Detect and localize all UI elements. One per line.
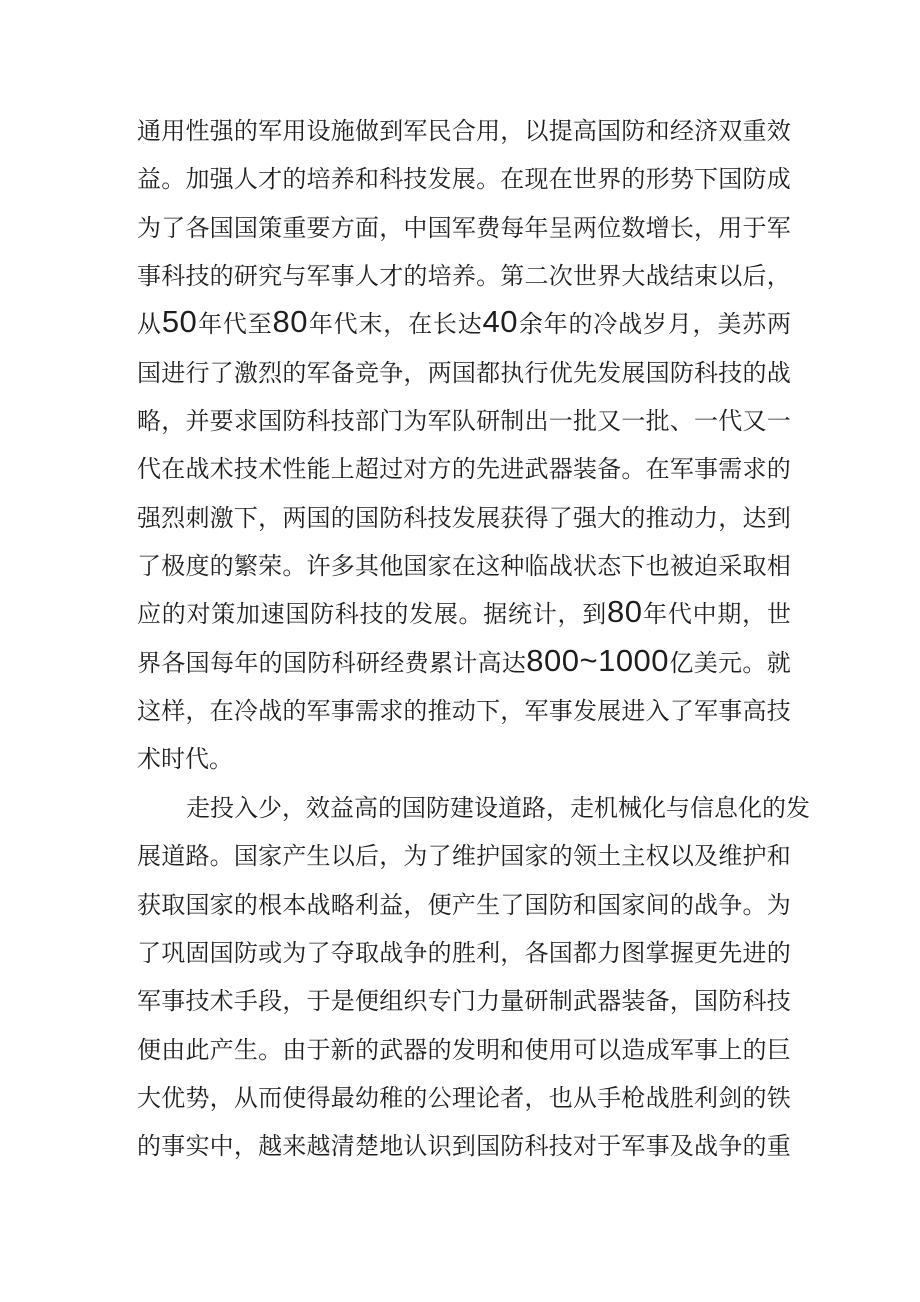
cjk-glyph: 数 xyxy=(621,208,645,243)
cjk-glyph: 于 xyxy=(742,208,766,243)
cjk-glyph: 。 xyxy=(621,449,645,484)
numeral-run: 80 xyxy=(273,306,308,337)
cjk-glyph: 上 xyxy=(331,449,355,484)
document-body: 通用性强的军用设施做到军民合用，以提高国防和经济双重效 益。加强人才的培养和科技… xyxy=(137,111,791,1175)
cjk-glyph: 激 xyxy=(210,498,234,533)
cjk-glyph: 科 xyxy=(742,981,766,1016)
cjk-glyph: 也 xyxy=(646,546,670,581)
cjk-glyph: 利 xyxy=(694,1078,718,1113)
cjk-glyph: 代 xyxy=(223,304,247,339)
cjk-glyph: 领 xyxy=(573,836,597,871)
cjk-glyph: 量 xyxy=(500,981,524,1016)
cjk-glyph: 防 xyxy=(500,1126,524,1161)
cjk-glyph: 技 xyxy=(549,1126,573,1161)
cjk-glyph: 略 xyxy=(331,885,355,920)
cjk-glyph: 呈 xyxy=(549,208,573,243)
text-line: 界各国每年的国防科研经费累计高达800~1000亿美元。就 xyxy=(137,643,791,691)
cjk-glyph: 军 xyxy=(403,111,427,146)
cjk-glyph: ， xyxy=(379,208,403,243)
cjk-glyph: 使 xyxy=(525,1030,549,1065)
cjk-glyph: 到 xyxy=(767,498,791,533)
cjk-glyph: 极 xyxy=(161,546,185,581)
cjk-glyph: 超 xyxy=(355,449,379,484)
cjk-glyph: ， xyxy=(718,498,742,533)
cjk-glyph: 战 xyxy=(307,885,331,920)
cjk-glyph: 各 xyxy=(185,208,209,243)
cjk-glyph: 的 xyxy=(137,1126,161,1161)
cjk-glyph: 的 xyxy=(282,691,306,726)
cjk-glyph: 亿 xyxy=(669,643,693,678)
cjk-glyph: 。 xyxy=(459,594,483,629)
cjk-glyph: 在 xyxy=(500,159,524,194)
cjk-glyph: 速 xyxy=(261,594,285,629)
cjk-glyph: 走 xyxy=(186,788,210,823)
cjk-glyph: 的 xyxy=(767,933,791,968)
cjk-glyph: 才 xyxy=(258,159,282,194)
cjk-glyph: 强 xyxy=(210,111,234,146)
cjk-glyph: 被 xyxy=(670,546,694,581)
cjk-glyph: 在 xyxy=(646,449,670,484)
cjk-glyph: 国 xyxy=(452,353,476,388)
cjk-glyph: 先 xyxy=(718,933,742,968)
cjk-glyph: 束 xyxy=(694,256,718,291)
cjk-glyph: 的 xyxy=(742,353,766,388)
cjk-glyph: 力 xyxy=(476,981,500,1016)
cjk-glyph: 为 xyxy=(767,885,791,920)
cjk-glyph: 的 xyxy=(331,498,355,533)
cjk-glyph: 每 xyxy=(500,208,524,243)
text-line: 强烈刺激下，两国的国防科技发展获得了强大的推动力，达到 xyxy=(137,498,791,546)
cjk-glyph: 取 xyxy=(355,933,379,968)
cjk-glyph: 的 xyxy=(670,885,694,920)
cjk-glyph: 武 xyxy=(573,981,597,1016)
cjk-glyph: 长 xyxy=(433,304,457,339)
cjk-glyph: 而 xyxy=(258,1078,282,1113)
cjk-glyph: 推 xyxy=(646,498,670,533)
cjk-glyph: 获 xyxy=(137,885,161,920)
cjk-glyph: 国 xyxy=(402,788,426,823)
cjk-glyph: 势 xyxy=(670,159,694,194)
cjk-glyph: 人 xyxy=(234,159,258,194)
cjk-glyph: 界 xyxy=(137,643,161,678)
cjk-glyph: 器 xyxy=(549,449,573,484)
cjk-glyph: 防 xyxy=(670,353,694,388)
cjk-glyph: 现 xyxy=(525,159,549,194)
cjk-glyph: 备 xyxy=(646,981,670,1016)
cjk-glyph: 年 xyxy=(643,594,667,629)
cjk-glyph: 战 xyxy=(767,353,791,388)
cjk-glyph: 迫 xyxy=(694,546,718,581)
cjk-glyph: 段 xyxy=(258,981,282,1016)
cjk-glyph: 的 xyxy=(762,788,786,823)
cjk-glyph: 国 xyxy=(428,208,452,243)
cjk-glyph: 与 xyxy=(666,788,690,823)
cjk-glyph: 度 xyxy=(185,546,209,581)
cjk-glyph: 越 xyxy=(258,1126,282,1161)
cjk-glyph: 和 xyxy=(500,1030,524,1065)
cjk-glyph: 统 xyxy=(508,594,532,629)
cjk-glyph: 强 xyxy=(137,498,161,533)
cjk-glyph: ， xyxy=(383,304,407,339)
cjk-glyph: 生 xyxy=(234,1030,258,1065)
cjk-glyph: 装 xyxy=(573,449,597,484)
cjk-glyph: 采 xyxy=(718,546,742,581)
cjk-glyph: 效 xyxy=(306,788,330,823)
cjk-glyph: 种 xyxy=(500,546,524,581)
cjk-glyph: 了 xyxy=(137,933,161,968)
cjk-glyph: 加 xyxy=(236,594,260,629)
cjk-glyph: 事 xyxy=(331,256,355,291)
cjk-glyph: 建 xyxy=(450,788,474,823)
numeral-run: 40 xyxy=(483,306,518,337)
cjk-glyph: 动 xyxy=(670,498,694,533)
cjk-glyph: 求 xyxy=(742,449,766,484)
cjk-glyph: 益 xyxy=(137,159,161,194)
cjk-glyph: 成 xyxy=(767,159,791,194)
cjk-glyph: 重 xyxy=(282,208,306,243)
cjk-glyph: 期 xyxy=(717,594,741,629)
cjk-glyph: 争 xyxy=(403,933,427,968)
cjk-glyph: 权 xyxy=(646,836,670,871)
cjk-glyph: 达 xyxy=(742,498,766,533)
cjk-glyph: 国 xyxy=(210,933,234,968)
cjk-glyph: 国 xyxy=(285,594,309,629)
cjk-glyph: 稚 xyxy=(379,1078,403,1113)
cjk-glyph: 荣 xyxy=(258,546,282,581)
cjk-glyph: 的 xyxy=(742,1078,766,1113)
cjk-glyph: 行 xyxy=(525,353,549,388)
cjk-glyph: 人 xyxy=(355,256,379,291)
cjk-glyph: 及 xyxy=(670,1126,694,1161)
cjk-glyph: 防 xyxy=(379,498,403,533)
cjk-glyph: 术 xyxy=(258,449,282,484)
cjk-glyph: 于 xyxy=(307,1030,331,1065)
cjk-glyph: 又 xyxy=(597,401,621,436)
cjk-glyph: 此 xyxy=(185,1030,209,1065)
cjk-glyph: 事 xyxy=(694,449,718,484)
cjk-glyph: 家 xyxy=(258,836,282,871)
cjk-glyph: ， xyxy=(403,353,427,388)
cjk-glyph: 防 xyxy=(718,981,742,1016)
cjk-glyph: ， xyxy=(258,498,282,533)
cjk-glyph: 代 xyxy=(334,304,358,339)
cjk-glyph: 国 xyxy=(597,111,621,146)
cjk-glyph: 的 xyxy=(403,691,427,726)
cjk-glyph: 队 xyxy=(452,401,476,436)
cjk-glyph: 策 xyxy=(211,594,235,629)
cjk-glyph: 信 xyxy=(690,788,714,823)
cjk-glyph: 发 xyxy=(452,1030,476,1065)
cjk-glyph: 至 xyxy=(248,304,272,339)
cjk-glyph: 提 xyxy=(549,111,573,146)
cjk-glyph: 到 xyxy=(452,1126,476,1161)
cjk-glyph: 科 xyxy=(403,498,427,533)
cjk-glyph: 岁 xyxy=(643,304,667,339)
cjk-glyph: ， xyxy=(234,1126,258,1161)
cjk-glyph: 年 xyxy=(198,304,222,339)
cjk-glyph: 。 xyxy=(282,546,306,581)
cjk-glyph: 战 xyxy=(379,933,403,968)
cjk-glyph: 发 xyxy=(452,498,476,533)
cjk-glyph: 家 xyxy=(525,836,549,871)
cjk-glyph: 世 xyxy=(767,594,791,629)
cjk-glyph: 对 xyxy=(186,594,210,629)
cjk-glyph: ， xyxy=(767,256,791,291)
cjk-glyph: 执 xyxy=(500,353,524,388)
cjk-glyph: 二 xyxy=(525,256,549,291)
text-line: 展道路。国家产生以后，为了维护国家的领土主权以及维护和 xyxy=(137,836,791,884)
cjk-glyph: ， xyxy=(161,401,185,436)
cjk-glyph: 的 xyxy=(282,353,306,388)
cjk-glyph: 展 xyxy=(621,353,645,388)
cjk-glyph: 国 xyxy=(234,208,258,243)
cjk-glyph: 便 xyxy=(355,981,379,1016)
cjk-glyph: 的 xyxy=(621,159,645,194)
cjk-glyph: 需 xyxy=(718,449,742,484)
cjk-glyph: 的 xyxy=(234,111,258,146)
cjk-glyph: 形 xyxy=(646,159,670,194)
cjk-glyph: 巨 xyxy=(767,1030,791,1065)
cjk-glyph: ， xyxy=(282,981,306,1016)
cjk-glyph: 势 xyxy=(185,1078,209,1113)
cjk-glyph: 防 xyxy=(307,643,331,678)
cjk-glyph: 展 xyxy=(476,498,500,533)
cjk-glyph: 科 xyxy=(307,401,331,436)
cjk-glyph: 才 xyxy=(379,256,403,291)
cjk-glyph: 防 xyxy=(310,594,334,629)
cjk-glyph: 家 xyxy=(621,885,645,920)
cjk-glyph: 应 xyxy=(137,594,161,629)
document-page: 通用性强的军用设施做到军民合用，以提高国防和经济双重效 益。加强人才的培养和科技… xyxy=(0,0,920,1302)
cjk-glyph: 的 xyxy=(621,498,645,533)
cjk-glyph: 家 xyxy=(428,546,452,581)
cjk-glyph: 国 xyxy=(549,933,573,968)
cjk-glyph: 夺 xyxy=(331,933,355,968)
cjk-glyph: 的 xyxy=(234,885,258,920)
cjk-glyph: 便 xyxy=(137,1030,161,1065)
cjk-glyph: 器 xyxy=(597,981,621,1016)
cjk-glyph: 争 xyxy=(379,353,403,388)
cjk-glyph: 产 xyxy=(452,885,476,920)
cjk-glyph: 技 xyxy=(428,498,452,533)
cjk-glyph: ， xyxy=(282,788,306,823)
text-line: 的事实中，越来越清楚地认识到国防科技对于军事及战争的重 xyxy=(137,1126,791,1174)
cjk-glyph: 的 xyxy=(428,1030,452,1065)
cjk-glyph: 上 xyxy=(718,1030,742,1065)
text-line: 大优势，从而使得最幼稚的公理论者，也从手枪战胜利剑的铁 xyxy=(137,1078,791,1126)
cjk-glyph: 者 xyxy=(500,1078,524,1113)
cjk-glyph: 以 xyxy=(670,836,694,871)
cjk-glyph: 胜 xyxy=(670,1078,694,1113)
numeral-run: 80 xyxy=(607,596,642,627)
text-line: 略，并要求国防科技部门为军队研制出一批又一批、一代又一 xyxy=(137,401,791,449)
cjk-glyph: 在 xyxy=(161,449,185,484)
cjk-glyph: 末 xyxy=(358,304,382,339)
cjk-glyph: 与 xyxy=(282,256,306,291)
cjk-glyph: 达 xyxy=(458,304,482,339)
cjk-glyph: 展 xyxy=(597,691,621,726)
cjk-glyph: 的 xyxy=(767,449,791,484)
numeral-run: 50 xyxy=(162,306,197,337)
cjk-glyph: 及 xyxy=(694,836,718,871)
cjk-glyph: 需 xyxy=(355,691,379,726)
cjk-glyph: 的 xyxy=(452,449,476,484)
cjk-glyph: 结 xyxy=(670,256,694,291)
cjk-glyph: 状 xyxy=(573,546,597,581)
text-line: 代在战术技术性能上超过对方的先进武器装备。在军事需求的 xyxy=(137,449,791,497)
cjk-glyph: 进 xyxy=(500,449,524,484)
cjk-glyph: 一 xyxy=(549,401,573,436)
cjk-glyph: 技 xyxy=(360,594,384,629)
text-line: 应的对策加速国防科技的发展。据统计，到80年代中期，世 xyxy=(137,594,791,642)
cjk-glyph: 的 xyxy=(568,304,592,339)
cjk-glyph: 于 xyxy=(307,981,331,1016)
cjk-glyph: 掌 xyxy=(646,933,670,968)
cjk-glyph: 生 xyxy=(307,836,331,871)
cjk-glyph: 术 xyxy=(137,739,161,774)
cjk-glyph: 济 xyxy=(694,111,718,146)
cjk-glyph: ， xyxy=(546,788,570,823)
cjk-glyph: 争 xyxy=(718,885,742,920)
cjk-glyph: 。 xyxy=(476,159,500,194)
cjk-glyph: 争 xyxy=(718,1126,742,1161)
cjk-glyph: 据 xyxy=(483,594,507,629)
cjk-glyph: 的 xyxy=(403,256,427,291)
cjk-glyph: 益 xyxy=(379,885,403,920)
cjk-glyph: 维 xyxy=(718,836,742,871)
cjk-glyph: 费 xyxy=(405,643,429,678)
cjk-glyph: 批 xyxy=(646,401,670,436)
cjk-glyph: 位 xyxy=(597,208,621,243)
cjk-glyph: 。 xyxy=(476,256,500,291)
cjk-glyph: 了 xyxy=(549,498,573,533)
cjk-glyph: 美 xyxy=(717,304,741,339)
cjk-glyph: 的 xyxy=(378,788,402,823)
text-line: 国进行了激烈的军备竞争，两国都执行优先发展国防科技的战 xyxy=(137,353,791,401)
cjk-glyph: 强 xyxy=(210,159,234,194)
cjk-glyph: 技 xyxy=(767,981,791,1016)
cjk-glyph: 科 xyxy=(525,1126,549,1161)
cjk-glyph: 大 xyxy=(621,256,645,291)
cjk-glyph: 防 xyxy=(621,111,645,146)
cjk-glyph: 科 xyxy=(161,256,185,291)
cjk-glyph: 军 xyxy=(307,256,331,291)
cjk-glyph: 门 xyxy=(379,401,403,436)
cjk-glyph: 经 xyxy=(380,643,404,678)
cjk-glyph: 器 xyxy=(403,1030,427,1065)
cjk-glyph: ， xyxy=(557,594,581,629)
cjk-glyph: 力 xyxy=(694,498,718,533)
cjk-glyph: 组 xyxy=(379,981,403,1016)
cjk-glyph: 世 xyxy=(573,256,597,291)
cjk-glyph: 月 xyxy=(668,304,692,339)
cjk-glyph: 于 xyxy=(597,1126,621,1161)
cjk-glyph: 取 xyxy=(161,885,185,920)
cjk-glyph: 长 xyxy=(670,208,694,243)
cjk-glyph: 军 xyxy=(670,1030,694,1065)
cjk-glyph: 策 xyxy=(258,208,282,243)
cjk-glyph: 术 xyxy=(210,981,234,1016)
cjk-glyph: 手 xyxy=(597,1078,621,1113)
cjk-glyph: 剑 xyxy=(718,1078,742,1113)
cjk-glyph: 防 xyxy=(282,401,306,436)
cjk-glyph: 清 xyxy=(331,1126,355,1161)
cjk-glyph: 事 xyxy=(161,1126,185,1161)
cjk-glyph: 研 xyxy=(476,401,500,436)
cjk-glyph: 从 xyxy=(573,1078,597,1113)
cjk-glyph: 明 xyxy=(476,1030,500,1065)
cjk-glyph: 防 xyxy=(742,159,766,194)
cjk-glyph: 的 xyxy=(259,643,283,678)
cjk-glyph: ， xyxy=(500,111,524,146)
cjk-glyph: 防 xyxy=(426,788,450,823)
cjk-glyph: 求 xyxy=(379,691,403,726)
cjk-glyph: 入 xyxy=(646,691,670,726)
cjk-glyph: 进 xyxy=(161,353,185,388)
text-line: 获取国家的根本战略利益，便产生了国防和国家间的战争。为 xyxy=(137,885,791,933)
cjk-glyph: 为 xyxy=(403,401,427,436)
cjk-glyph: 世 xyxy=(573,159,597,194)
cjk-glyph: 国 xyxy=(186,643,210,678)
cjk-glyph: 元 xyxy=(718,643,742,678)
cjk-glyph: 施 xyxy=(331,111,355,146)
cjk-glyph: 行 xyxy=(185,353,209,388)
cjk-glyph: 机 xyxy=(594,788,618,823)
cjk-glyph: 战 xyxy=(549,546,573,581)
cjk-glyph: 到 xyxy=(379,111,403,146)
cjk-glyph: 利 xyxy=(476,933,500,968)
cjk-glyph: 、 xyxy=(670,401,694,436)
cjk-glyph: 楚 xyxy=(355,1126,379,1161)
cjk-glyph: 在 xyxy=(408,304,432,339)
cjk-glyph: 略 xyxy=(137,401,161,436)
cjk-glyph: 军 xyxy=(621,1126,645,1161)
cjk-glyph: 的 xyxy=(384,594,408,629)
cjk-glyph: ， xyxy=(210,1078,234,1113)
cjk-glyph: 以 xyxy=(597,1030,621,1065)
text-line: 了极度的繁荣。许多其他国家在这种临战状态下也被迫采取相 xyxy=(137,546,791,594)
cjk-glyph: 防 xyxy=(549,885,573,920)
cjk-glyph: 军 xyxy=(694,691,718,726)
cjk-glyph: 都 xyxy=(476,353,500,388)
cjk-glyph: ， xyxy=(403,885,427,920)
cjk-glyph: 在 xyxy=(452,546,476,581)
cjk-glyph: 对 xyxy=(573,1126,597,1161)
cjk-glyph: 战 xyxy=(618,304,642,339)
cjk-glyph: 发 xyxy=(428,159,452,194)
cjk-glyph: 或 xyxy=(258,933,282,968)
cjk-glyph: 批 xyxy=(573,401,597,436)
cjk-glyph: 部 xyxy=(355,401,379,436)
cjk-glyph: 织 xyxy=(403,981,427,1016)
cjk-glyph: 重 xyxy=(767,1126,791,1161)
cjk-glyph: 的 xyxy=(162,594,186,629)
cjk-glyph: 了 xyxy=(307,933,331,968)
cjk-glyph: 本 xyxy=(282,885,306,920)
cjk-glyph: 技 xyxy=(718,353,742,388)
cjk-glyph: 铁 xyxy=(767,1078,791,1113)
cjk-glyph: 军 xyxy=(137,981,161,1016)
cjk-glyph: 研 xyxy=(525,981,549,1016)
cjk-glyph: 战 xyxy=(646,256,670,291)
cjk-glyph: 利 xyxy=(355,885,379,920)
cjk-glyph: 握 xyxy=(670,933,694,968)
cjk-glyph: 最 xyxy=(331,1078,355,1113)
cjk-glyph: 战 xyxy=(646,1078,670,1113)
cjk-glyph: 巩 xyxy=(161,933,185,968)
cjk-glyph: 方 xyxy=(428,449,452,484)
cjk-glyph: 国 xyxy=(137,353,161,388)
